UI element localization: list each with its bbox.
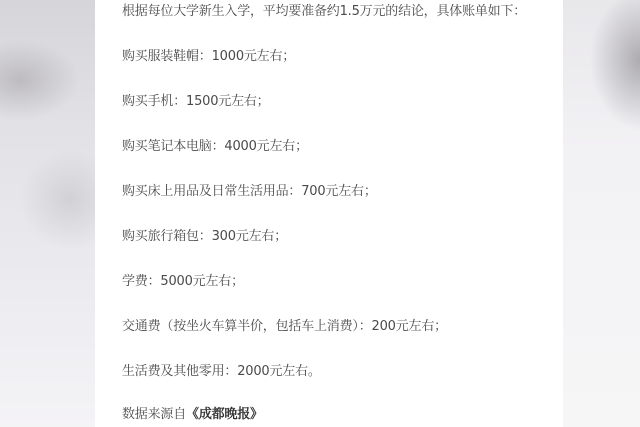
source-citation: 数据来源自《成都晚报》 [122, 407, 263, 423]
blurred-background-right [563, 0, 640, 427]
source-prefix: 数据来源自 [122, 407, 186, 422]
intro-text: 根据每位大学新生入学，平均要准备约1.5万元的结论，具体账单如下： [122, 4, 526, 20]
list-item: 学费：5000元左右； [122, 274, 244, 290]
blurred-background-left [0, 0, 95, 427]
article-panel: 根据每位大学新生入学，平均要准备约1.5万元的结论，具体账单如下： 购买服装鞋帽… [95, 0, 563, 427]
list-item: 购买服装鞋帽：1000元左右； [122, 49, 295, 65]
list-item: 交通费（按坐火车算半价，包括车上消费）：200元左右； [122, 319, 447, 335]
list-item: 购买手机：1500元左右； [122, 94, 269, 110]
source-title: 《成都晚报》 [186, 407, 263, 422]
list-item: 购买笔记本电脑：4000元左右； [122, 139, 308, 155]
list-item: 购买旅行箱包：300元左右； [122, 229, 287, 245]
list-item: 购买床上用品及日常生活用品：700元左右； [122, 184, 377, 200]
list-item: 生活费及其他零用：2000元左右。 [122, 364, 321, 380]
